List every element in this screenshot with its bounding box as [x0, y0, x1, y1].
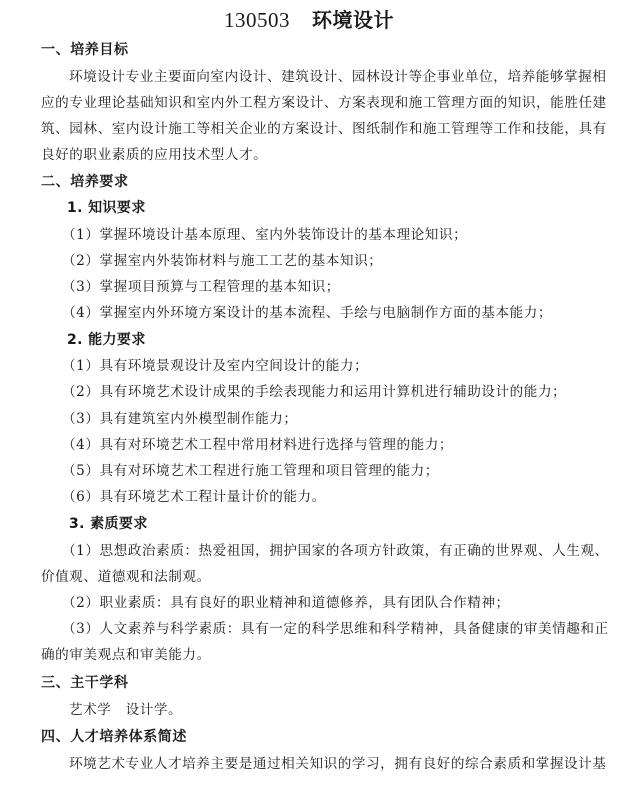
- section-heading-main-disciplines: 三、主干学科: [41, 673, 129, 693]
- list-item: （2）掌握室内外装饰材料与施工工艺的基本知识；: [62, 251, 382, 271]
- list-item: （4）具有对环境艺术工程中常用材料进行选择与管理的能力；: [62, 435, 453, 455]
- quality-line: （1）思想政治素质：热爱祖国，拥护国家的各项方针政策，有正确的世界观、人生观、: [62, 541, 609, 561]
- page-title: 130503环境设计: [0, 6, 618, 34]
- paragraph-line: 应的专业理论基础知识和室内外工程方案设计、方案表现和施工管理方面的知识，能胜任建: [41, 93, 607, 113]
- document-page: 130503环境设计 一、培养目标 环境设计专业主要面向室内设计、建筑设计、园林…: [0, 0, 618, 785]
- subheading-quality: 3. 素质要求: [69, 514, 148, 534]
- quality-line: 确的审美观点和审美能力。: [41, 645, 211, 665]
- quality-line: （2）职业素质：具有良好的职业精神和道德修养，具有团队合作精神；: [62, 593, 510, 613]
- paragraph-line: 筑、园林、室内设计施工等相关企业的方案设计、图纸制作和施工管理等工作和技能，具有: [41, 119, 607, 139]
- subheading-ability: 2. 能力要求: [67, 330, 146, 350]
- paragraph-line: 环境艺术专业人才培养主要是通过相关知识的学习，拥有良好的综合素质和掌握设计基: [69, 754, 606, 774]
- subheading-knowledge: 1. 知识要求: [67, 198, 146, 218]
- section-heading-training-goal: 一、培养目标: [41, 40, 129, 60]
- list-item: （3）掌握项目预算与工程管理的基本知识；: [62, 277, 340, 297]
- quality-line: （3）人文素养与科学素质：具有一定的科学思维和科学精神，具备健康的审美情趣和正: [62, 619, 609, 639]
- major-name: 环境设计: [312, 8, 394, 32]
- major-code: 130503: [224, 8, 290, 32]
- list-item: （1）掌握环境设计基本原理、室内外装饰设计的基本理论知识；: [62, 225, 467, 245]
- list-item: （2）具有环境艺术设计成果的手绘表现能力和运用计算机进行辅助设计的能力；: [62, 382, 566, 402]
- main-disciplines-text: 艺术学 设计学。: [69, 700, 182, 720]
- list-item: （3）具有建筑室内外模型制作能力；: [62, 409, 298, 429]
- paragraph-line: 环境设计专业主要面向室内设计、建筑设计、园林设计等企事业单位，培养能够掌握相: [69, 67, 606, 87]
- quality-line: 价值观、道德观和法制观。: [41, 567, 211, 587]
- list-item: （1）具有环境景观设计及室内空间设计的能力；: [62, 356, 368, 376]
- list-item: （4）掌握室内外环境方案设计的基本流程、手绘与电脑制作方面的基本能力；: [62, 303, 552, 323]
- list-item: （6）具有环境艺术工程计量计价的能力。: [62, 487, 326, 507]
- section-heading-training-requirements: 二、培养要求: [41, 172, 129, 192]
- paragraph-line: 良好的职业素质的应用技术型人才。: [41, 145, 267, 165]
- list-item: （5）具有对环境艺术工程进行施工管理和项目管理的能力；: [62, 461, 439, 481]
- section-heading-system-overview: 四、人才培养体系简述: [41, 727, 187, 747]
